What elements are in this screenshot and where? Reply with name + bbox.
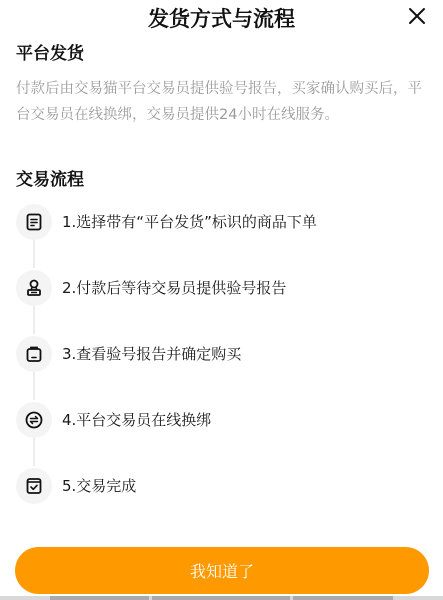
stamp-icon [24, 278, 44, 298]
process-step-4: 4.平台交易员在线换绑 [16, 402, 211, 438]
step-connector [33, 306, 35, 334]
step-label: 4.平台交易员在线换绑 [62, 410, 211, 430]
bottom-bar [0, 596, 443, 600]
step-connector [33, 240, 35, 268]
process-step-3: 3.查看验号报告并确定购买 [16, 336, 241, 372]
process-step-1: 1.选择带有“平台发货”标识的商品下单 [16, 204, 317, 240]
document-icon [24, 212, 44, 232]
step-connector [33, 438, 35, 466]
process-step-2: 2.付款后等待交易员提供验号报告 [16, 270, 286, 306]
dialog-title: 发货方式与流程 [0, 4, 443, 34]
step-connector [33, 372, 35, 400]
confirm-button[interactable]: 我知道了 [15, 547, 429, 594]
process-heading: 交易流程 [16, 168, 84, 192]
close-button[interactable] [405, 4, 429, 28]
platform-shipping-description: 付款后由交易猫平台交易员提供验号报告，买家确认购买后，平台交易员在线换绑，交易员… [16, 76, 432, 128]
close-icon [405, 4, 429, 28]
step-label: 1.选择带有“平台发货”标识的商品下单 [62, 212, 317, 232]
bag-icon [24, 344, 44, 364]
step-label: 3.查看验号报告并确定购买 [62, 344, 241, 364]
step-label: 2.付款后等待交易员提供验号报告 [62, 278, 286, 298]
step-label: 5.交易完成 [62, 476, 136, 496]
process-step-5: 5.交易完成 [16, 468, 136, 504]
exchange-icon [24, 410, 44, 430]
platform-shipping-heading: 平台发货 [16, 42, 84, 66]
check-box-icon [24, 476, 44, 496]
